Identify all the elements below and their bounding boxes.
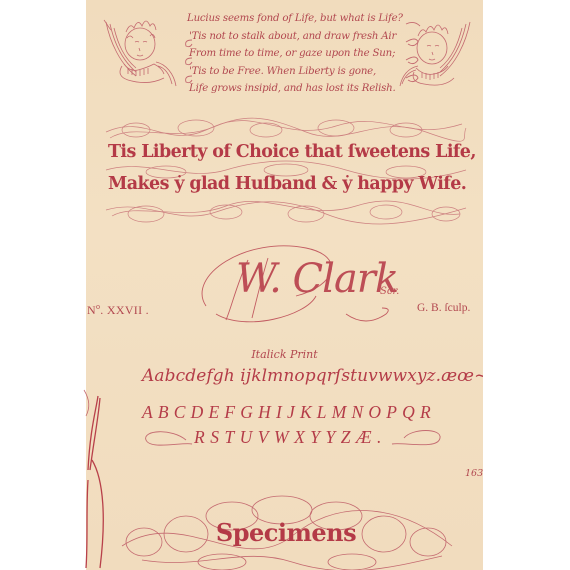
- plate-number-numeral: . XXVII .: [100, 303, 149, 317]
- left-cherub-icon: [102, 2, 194, 92]
- motto-line-1: Tis Liberty of Choice that ſweetens Life…: [108, 142, 466, 162]
- verse-line: 'Tis to be Free. When Liberty is gone,: [187, 63, 407, 81]
- verse-flourish-icon: [404, 18, 424, 98]
- page-number: 163: [465, 468, 483, 479]
- plate-number: No. XXVII .: [87, 302, 149, 318]
- motto-line-2: Makes ẏ glad Huſband & ẏ happy Wife.: [108, 174, 466, 194]
- verse-lead-flourish-icon: [184, 18, 194, 98]
- specimens-heading: Specimens: [146, 518, 426, 547]
- uppercase-alphabet-line-1: ABCDEFGHIJKLMNOPQR: [142, 402, 436, 423]
- lowercase-alphabet: Aabcdefgh ijklmnopqrſstuvwwxyz.æœ~: [142, 366, 483, 386]
- motto-flourish-icon: [106, 118, 466, 228]
- verse-block: Lucius seems fond of Life, but what is L…: [187, 10, 407, 98]
- specimen-page: Lucius seems fond of Life, but what is L…: [86, 0, 483, 570]
- signature: W. Clark: [236, 256, 398, 302]
- margin-sketch-icon: [84, 390, 124, 570]
- verse-line: From time to time, or gaze upon the Sun;: [187, 45, 407, 63]
- verse-line: 'Tis not to stalk about, and draw fresh …: [187, 28, 407, 46]
- verse-line: Life grows insipid, and has lost its Rel…: [187, 80, 407, 98]
- uppercase-alphabet-line-2: RSTUVWXYYZÆ.: [194, 427, 387, 448]
- italick-print-title: Italick Print: [86, 348, 483, 361]
- signature-suffix: Scr.: [380, 286, 399, 297]
- engraver-credit: G. B. ſculp.: [417, 302, 470, 314]
- plate-number-prefix: N: [87, 303, 96, 317]
- verse-line: Lucius seems fond of Life, but what is L…: [187, 10, 407, 28]
